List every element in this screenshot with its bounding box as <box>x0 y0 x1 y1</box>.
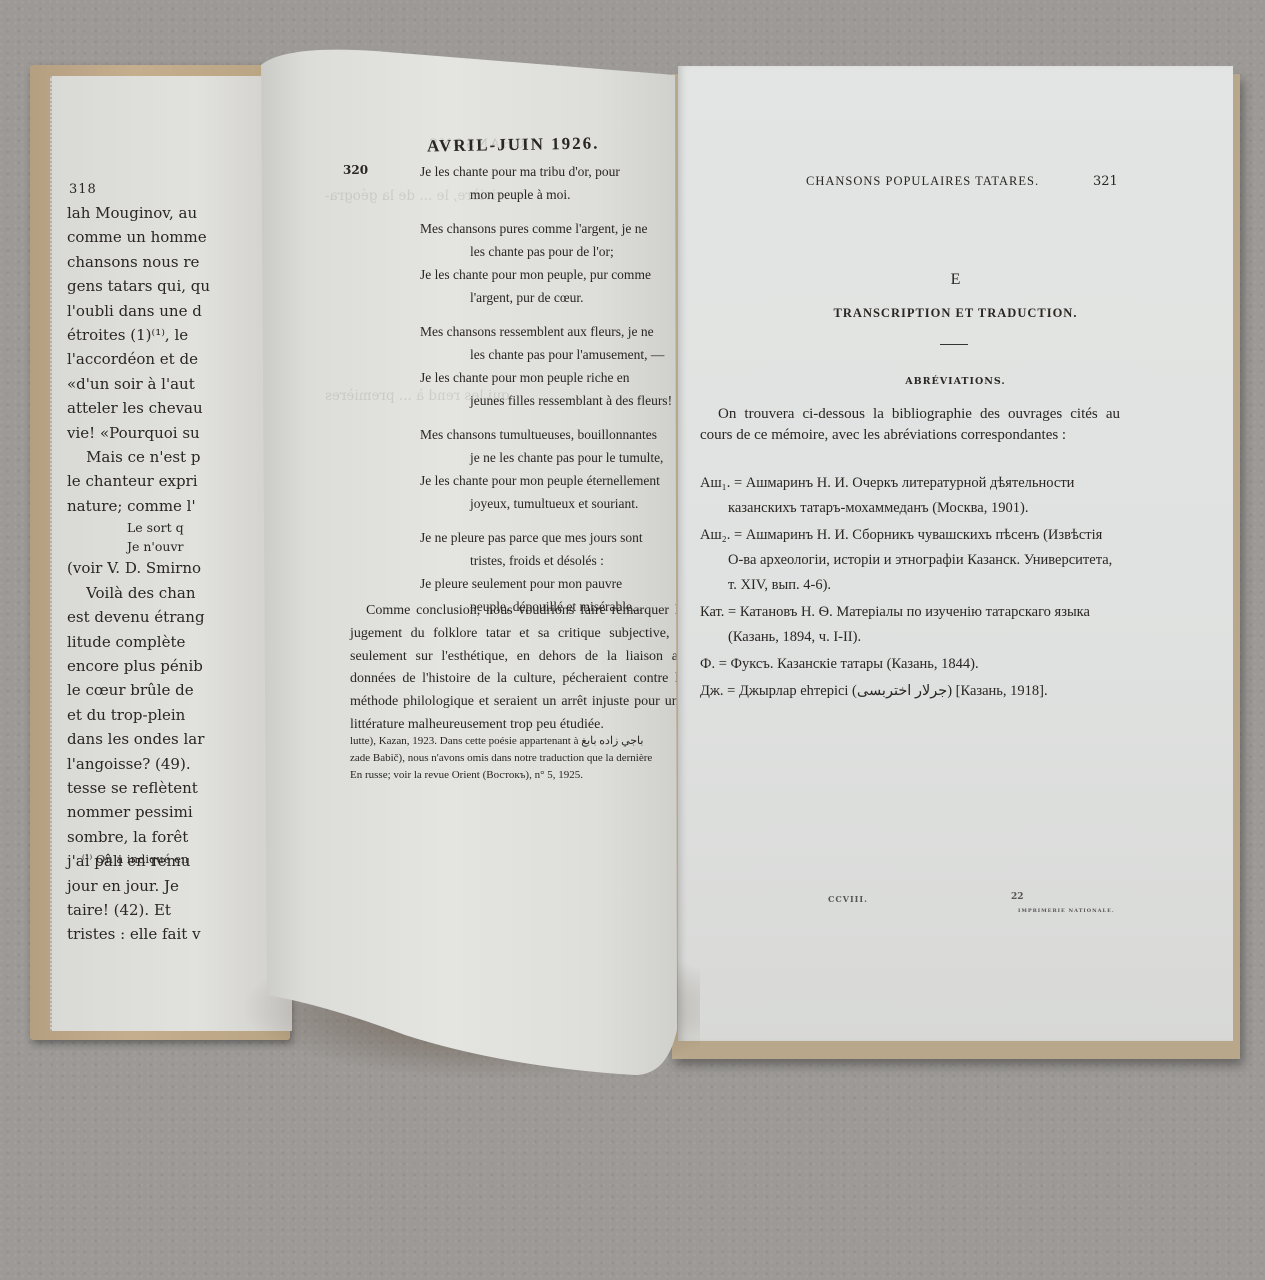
bibliography-entry: Ф. = Фуксъ. Казанскіе татары (Казань, 18… <box>700 652 1120 677</box>
bibliography-list: Аш₁. = Ашмаринъ Н. И. Очеркъ литературно… <box>700 471 1120 706</box>
text-line: nommer pessimi <box>67 800 292 824</box>
right-page: CHANSONS POPULAIRES TATARES. 321 E TRANS… <box>678 66 1233 1041</box>
text-line: l'accordéon et de <box>67 347 292 371</box>
verse-line: Le sort q <box>67 518 292 537</box>
footnotes: lutte), Kazan, 1923. Dans cette poésie a… <box>350 733 685 784</box>
page-number: 318 <box>69 182 97 197</box>
page-number: 321 <box>1093 174 1118 189</box>
printer-mark: IMPRIMERIE NATIONALE. <box>1018 908 1115 914</box>
text-line: encore plus pénib <box>67 654 292 678</box>
poem-line: Je pleure seulement pour mon pauvre <box>420 572 690 595</box>
text-line: nature; comme l' <box>67 494 292 518</box>
text-line: et du trop-plein <box>67 703 292 727</box>
text-line: l'oubli dans une d <box>67 299 292 323</box>
footnote-line: En russe; voir la revue Orient (Востокъ)… <box>350 767 685 784</box>
poem-line: Mes chansons ressemblent aux fleurs, je … <box>420 320 690 343</box>
poem-line: Mes chansons tumultueuses, bouillonnante… <box>420 423 690 446</box>
bibliography-entry: Аш₂. = Ашмаринъ Н. И. Сборникъ чувашских… <box>700 523 1120 598</box>
text-line: est devenu étrang <box>67 605 292 629</box>
text-line: chansons nous re <box>67 250 292 274</box>
verse-line: Je n'ouvr <box>67 537 292 556</box>
intro-paragraph: On trouvera ci-dessous la bibliographie … <box>700 404 1120 446</box>
bibliography-entry: Дж. = Джырлар ehтерісі (جرلار اختربسی) [… <box>700 679 1120 704</box>
poem-line: Je les chante pour mon peuple riche en <box>420 366 690 389</box>
poem-line: je ne les chante pas pour le tumulte, <box>420 446 690 469</box>
left-page-body: lah Mouginov, aucomme un hommechansons n… <box>67 201 292 947</box>
left-page: 318 lah Mouginov, aucomme un hommechanso… <box>50 76 292 1031</box>
text-line: sombre, la forêt <box>67 825 292 849</box>
footnote-line: lutte), Kazan, 1923. Dans cette poésie a… <box>350 733 685 750</box>
text-line: taire! (42). Et <box>67 898 292 922</box>
poem-line: les chante pas pour l'amusement, — <box>420 343 690 366</box>
text-line: «d'un soir à l'aut <box>67 372 292 396</box>
section-letter: E <box>678 271 1233 289</box>
bibliography-entry: Аш₁. = Ашмаринъ Н. И. Очеркъ литературно… <box>700 471 1120 521</box>
bibliography-entry: Кат. = Катановъ Н. Ѳ. Матеріалы по изуче… <box>700 600 1120 650</box>
poem-stanza: Mes chansons tumultueuses, bouillonnante… <box>420 423 690 515</box>
signature-mark: CCVIII. <box>828 894 868 904</box>
text-line: lah Mouginov, au <box>67 201 292 225</box>
footnote-line: zade Babič), nous n'avons omis dans notr… <box>350 750 685 767</box>
conclusion-paragraph: Comme conclusion, nous voudrions faire r… <box>350 600 685 737</box>
page-number: 320 <box>343 163 368 177</box>
poem-line: jeunes filles ressemblant à des fleurs! <box>420 389 690 412</box>
running-head: AVRIL-JUIN 1926. <box>427 133 600 156</box>
poem-line: l'argent, pur de cœur. <box>420 286 690 309</box>
poem-line: Je les chante pour ma tribu d'or, pour <box>420 160 690 183</box>
text-line: gens tatars qui, qu <box>67 274 292 298</box>
text-line: l'angoisse? (49). <box>67 752 292 776</box>
text-line: tesse se reflètent <box>67 776 292 800</box>
text-line: jour en jour. Je <box>67 874 292 898</box>
poem-line: Je les chante pour mon peuple éternellem… <box>420 469 690 492</box>
poem-line: mon peuple à moi. <box>420 183 690 206</box>
text-line: atteler les chevau <box>67 396 292 420</box>
poem-line: joyeux, tumultueux et souriant. <box>420 492 690 515</box>
section-heading: TRANSCRIPTION ET TRADUCTION. <box>678 306 1233 321</box>
poem-line: tristes, froids et désolés : <box>420 549 690 572</box>
text-line: litude complète <box>67 630 292 654</box>
footnote: ⁽¹⁾ On a indiqué en <box>82 852 188 866</box>
text-line: le chanteur expri <box>67 469 292 493</box>
text-line: étroites (1)⁽¹⁾, le <box>67 323 292 347</box>
poem-stanza: Mes chansons pures comme l'argent, je ne… <box>420 217 690 309</box>
signature-number: 22 <box>1011 892 1024 902</box>
poem-stanza: Mes chansons ressemblent aux fleurs, je … <box>420 320 690 412</box>
poem-line: Mes chansons pures comme l'argent, je ne <box>420 217 690 240</box>
poem-line: les chante pas pour de l'or; <box>420 240 690 263</box>
poem: Je les chante pour ma tribu d'or, pourmo… <box>420 160 690 629</box>
text-line: Voilà des chan <box>67 581 292 605</box>
text-line: dans les ondes lar <box>67 727 292 751</box>
text-line: tristes : elle fait v <box>67 922 292 946</box>
subheading: ABRÉVIATIONS. <box>678 376 1233 387</box>
poem-stanza: Je les chante pour ma tribu d'or, pourmo… <box>420 160 690 206</box>
text-line: (voir V. D. Smirno <box>67 556 292 580</box>
running-head: CHANSONS POPULAIRES TATARES. <box>806 174 1039 189</box>
poem-line: Je ne pleure pas parce que mes jours son… <box>420 526 690 549</box>
curled-page: rivière, le ... de la géogra- qui les re… <box>255 45 680 1080</box>
text-line: Mais ce n'est p <box>67 445 292 469</box>
poem-line: Je les chante pour mon peuple, pur comme <box>420 263 690 286</box>
text-line: vie! «Pourquoi su <box>67 421 292 445</box>
text-line: comme un homme <box>67 225 292 249</box>
divider <box>940 344 968 345</box>
text-line: le cœur brûle de <box>67 678 292 702</box>
